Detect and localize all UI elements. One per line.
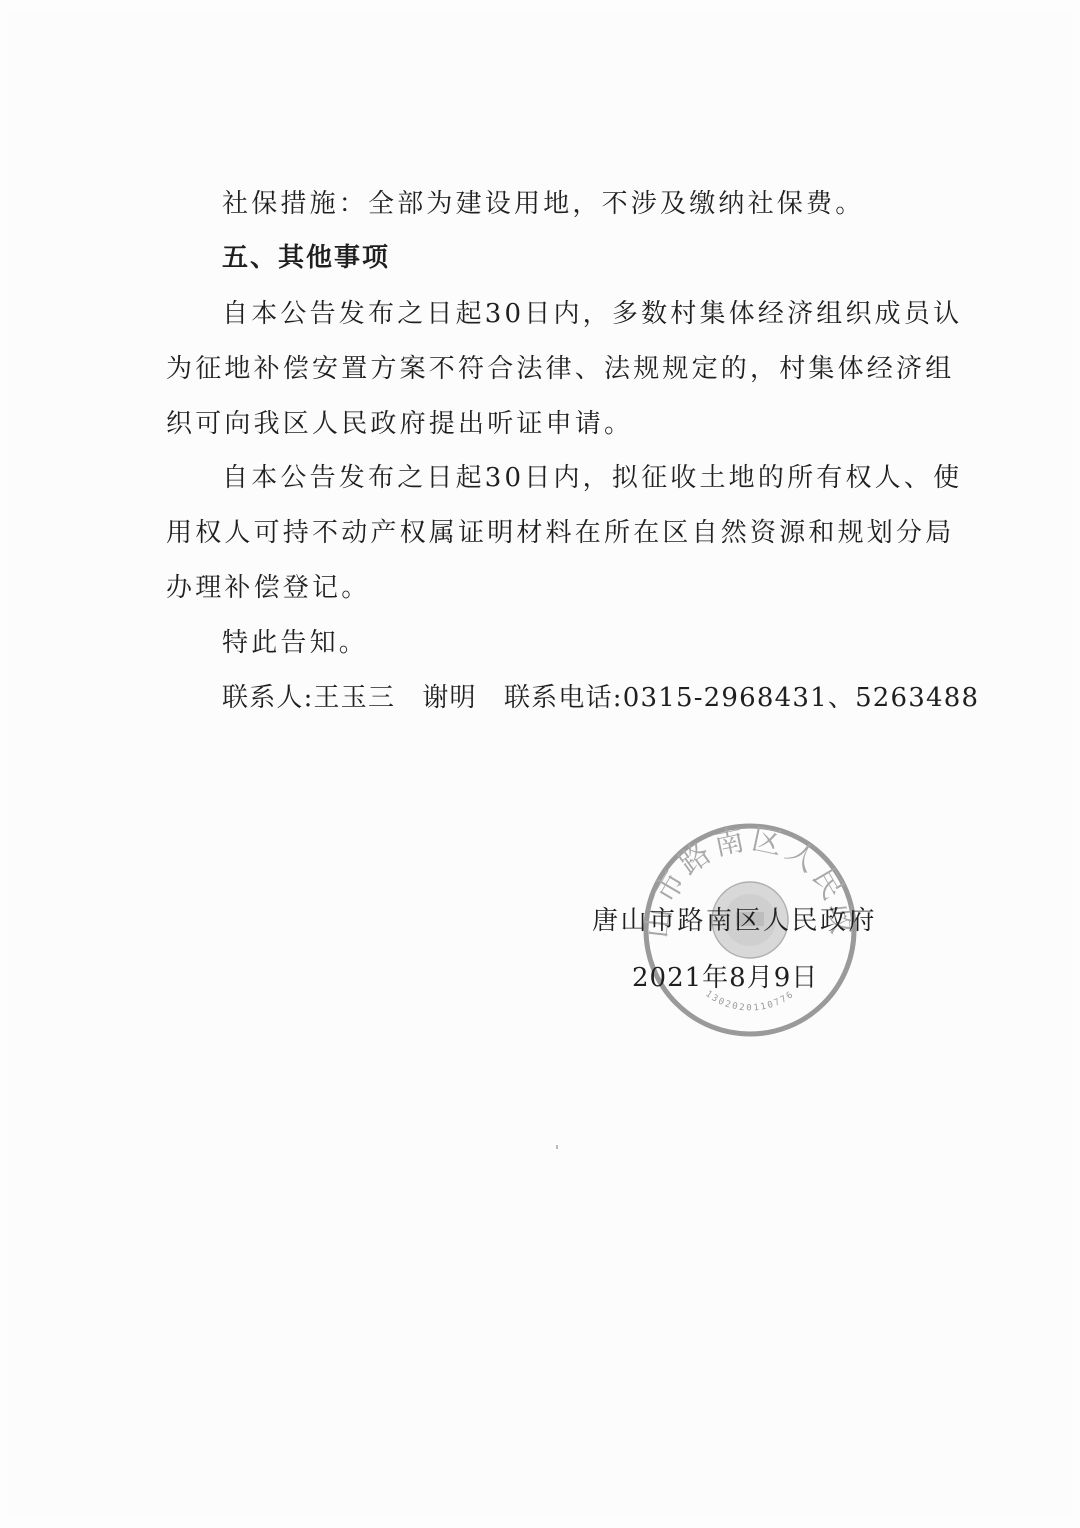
document-page xyxy=(8,14,1072,1514)
issue-date: 2021年8月9日 xyxy=(632,957,818,994)
issuer-name: 唐山市路南区人民政府 xyxy=(592,900,877,937)
registration-paragraph-line-1: 自本公告发布之日起30日内，拟征收土地的所有权人、使 xyxy=(222,461,962,495)
hearing-paragraph-line-3: 织可向我区人民政府提出听证申请。 xyxy=(166,407,633,441)
registration-paragraph-line-2: 用权人可持不动产权属证明材料在所在区自然资源和规划分局 xyxy=(166,516,954,550)
scan-speck xyxy=(556,1145,558,1149)
section-five-heading: 五、其他事项 xyxy=(222,241,390,275)
registration-paragraph-line-3: 办理补偿登记。 xyxy=(166,571,370,605)
closing-statement: 特此告知。 xyxy=(222,626,368,660)
social-security-paragraph: 社保措施：全部为建设用地，不涉及缴纳社保费。 xyxy=(222,187,864,221)
contact-info: 联系人:王玉三 谢明 联系电话:0315-2968431、5263488 xyxy=(222,681,979,715)
hearing-paragraph-line-2: 为征地补偿安置方案不符合法律、法规规定的，村集体经济组 xyxy=(166,352,954,386)
hearing-paragraph-line-1: 自本公告发布之日起30日内，多数村集体经济组织成员认 xyxy=(222,297,962,331)
